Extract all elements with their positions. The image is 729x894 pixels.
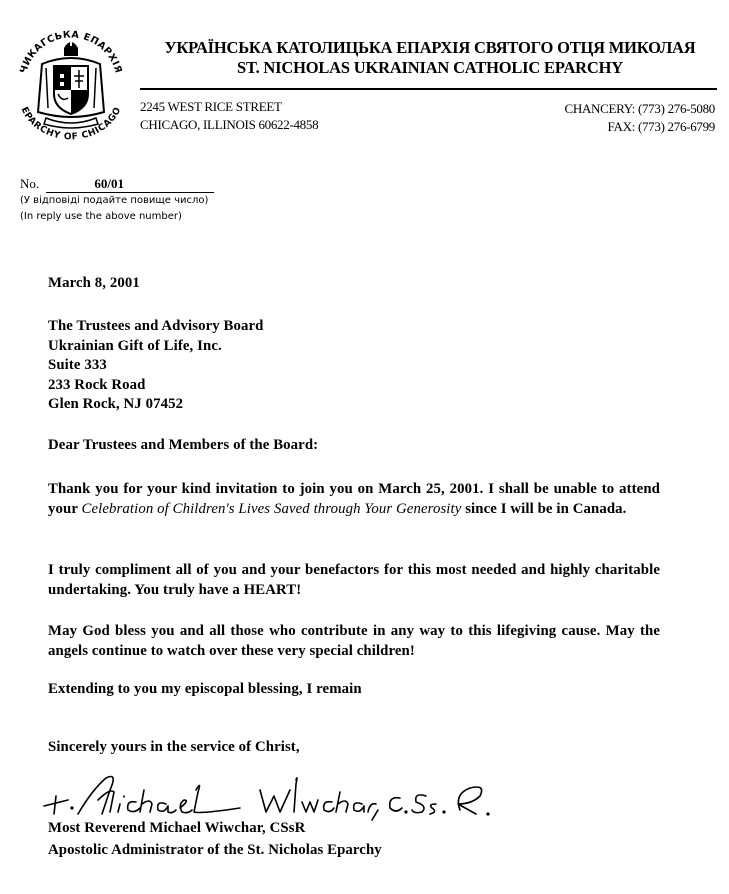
recipient-line: The Trustees and Advisory Board [48,317,264,337]
paragraph-episcopal-blessing: Extending to you my episcopal blessing, … [48,681,362,698]
recipient-line: Glen Rock, NJ 07452 [48,395,264,415]
letter-date: March 8, 2001 [48,275,140,292]
address-city: CHICAGO, ILLINOIS 60622-4858 [140,117,318,133]
paragraph-text: since I will be in Canada. [461,501,626,517]
recipient-line: Ukrainian Gift of Life, Inc. [48,337,264,357]
event-title: Celebration of Children's Lives Saved th… [82,501,462,517]
reference-number: No. 60/01 [20,176,214,193]
eparchy-name-ukrainian: УКРАЇНСЬКА КАТОЛИЦЬКА ЕПАРХІЯ СВЯТОГО ОТ… [140,38,720,58]
signer-name: Most Reverend Michael Wiwchar, CSsR [48,820,305,837]
handwritten-signature: + Michael Wiwchar, C.Ss.R. [40,770,510,822]
paragraph-compliment: I truly compliment all of you and your b… [48,561,660,600]
reference-note-english: (In reply use the above number) [20,211,182,222]
closing: Sincerely yours in the service of Christ… [48,739,300,756]
reference-value: 60/01 [46,176,214,193]
address-street: 2245 WEST RICE STREET [140,99,282,115]
letterhead-divider [140,88,717,90]
paragraph-invitation: Thank you for your kind invitation to jo… [48,480,660,519]
salutation: Dear Trustees and Members of the Board: [48,437,318,454]
paragraph-blessing: May God bless you and all those who cont… [48,622,660,661]
reference-label: No. [20,176,39,191]
recipient-address: The Trustees and Advisory Board Ukrainia… [48,317,264,415]
recipient-line: Suite 333 [48,356,264,376]
recipient-line: 233 Rock Road [48,376,264,396]
eparchy-seal-icon: ЧИКАГСЬКА ЕПАРХІЯ EPARCHY OF CHICAGO [12,14,130,154]
fax-number: FAX: (773) 276-6799 [608,119,715,135]
signer-title: Apostolic Administrator of the St. Nicho… [48,842,382,859]
reference-note-ukrainian: (У відповіді подайте повище число) [20,195,208,206]
chancery-phone: CHANCERY: (773) 276-5080 [565,101,716,117]
eparchy-name-english: ST. NICHOLAS UKRAINIAN CATHOLIC EPARCHY [140,58,720,78]
